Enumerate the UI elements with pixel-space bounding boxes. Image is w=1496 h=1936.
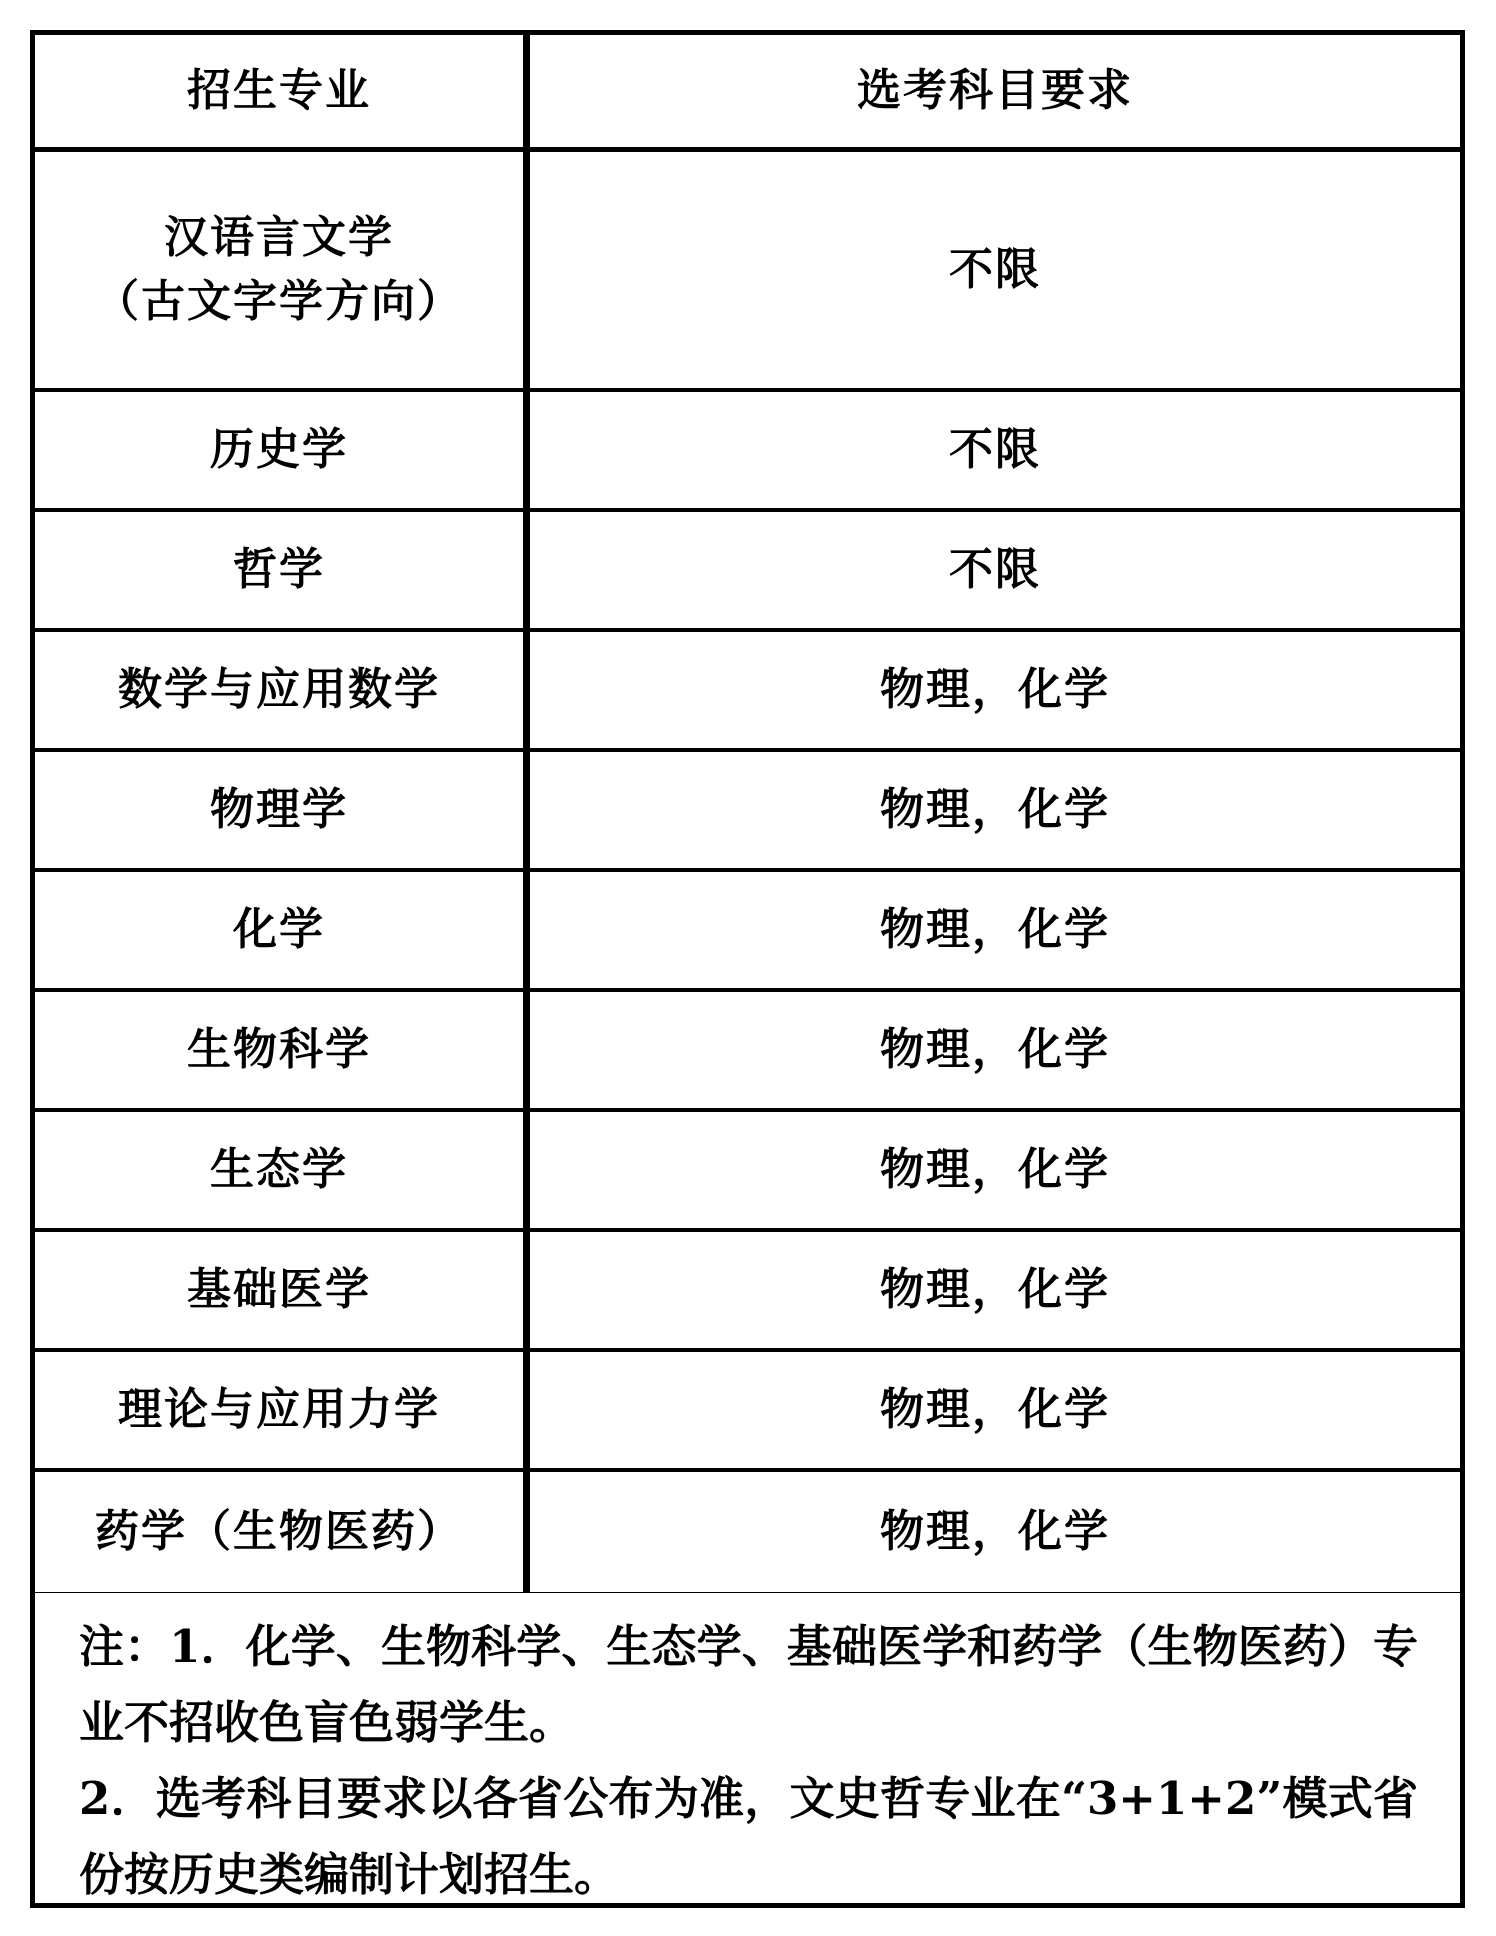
- major-cell: 生物科学: [35, 992, 530, 1108]
- major-name-line1: 汉语言文学: [164, 206, 394, 270]
- requirement-cell: 不限: [530, 392, 1460, 508]
- document-page: 招生专业 选考科目要求 汉语言文学 （古文字学方向） 不限 历史学 不限 哲学 …: [0, 0, 1496, 1936]
- requirement-cell: 物理，化学: [530, 632, 1460, 748]
- major-cell: 基础医学: [35, 1232, 530, 1348]
- table-row-chinese-literature: 汉语言文学 （古文字学方向） 不限: [35, 152, 1460, 392]
- table-row-philosophy: 哲学 不限: [35, 512, 1460, 632]
- major-cell: 物理学: [35, 752, 530, 868]
- requirement-cell: 物理，化学: [530, 1112, 1460, 1228]
- requirement-cell: 物理，化学: [530, 1232, 1460, 1348]
- table-row-mathematics: 数学与应用数学 物理，化学: [35, 632, 1460, 752]
- requirement-cell: 物理，化学: [530, 752, 1460, 868]
- major-cell: 生态学: [35, 1112, 530, 1228]
- table-header-row: 招生专业 选考科目要求: [35, 35, 1460, 152]
- major-cell: 哲学: [35, 512, 530, 628]
- requirement-cell: 物理，化学: [530, 1352, 1460, 1468]
- requirement-cell: 不限: [530, 152, 1460, 388]
- major-cell: 汉语言文学 （古文字学方向）: [35, 152, 530, 388]
- requirement-cell: 物理，化学: [530, 992, 1460, 1108]
- table-row-basic-medicine: 基础医学 物理，化学: [35, 1232, 1460, 1352]
- requirement-cell: 不限: [530, 512, 1460, 628]
- major-cell: 历史学: [35, 392, 530, 508]
- table-row-chemistry: 化学 物理，化学: [35, 872, 1460, 992]
- note-line-1: 注：1．化学、生物科学、生态学、基础医学和药学（生物医药）专业不招收色盲色弱学生…: [79, 1609, 1418, 1761]
- major-cell: 化学: [35, 872, 530, 988]
- table-notes: 注：1．化学、生物科学、生态学、基础医学和药学（生物医药）专业不招收色盲色弱学生…: [35, 1592, 1460, 1913]
- major-cell: 数学与应用数学: [35, 632, 530, 748]
- major-cell: 药学（生物医药）: [35, 1472, 530, 1592]
- major-cell: 理论与应用力学: [35, 1352, 530, 1468]
- major-name-line2: （古文字学方向）: [95, 270, 463, 334]
- header-requirement-column: 选考科目要求: [530, 35, 1460, 147]
- table-row-pharmacy: 药学（生物医药） 物理，化学: [35, 1472, 1460, 1592]
- subject-requirements-table: 招生专业 选考科目要求 汉语言文学 （古文字学方向） 不限 历史学 不限 哲学 …: [30, 30, 1465, 1908]
- table-row-biological-science: 生物科学 物理，化学: [35, 992, 1460, 1112]
- table-row-history: 历史学 不限: [35, 392, 1460, 512]
- requirement-cell: 物理，化学: [530, 872, 1460, 988]
- table-row-physics: 物理学 物理，化学: [35, 752, 1460, 872]
- table-row-mechanics: 理论与应用力学 物理，化学: [35, 1352, 1460, 1472]
- requirement-cell: 物理，化学: [530, 1472, 1460, 1592]
- table-row-ecology: 生态学 物理，化学: [35, 1112, 1460, 1232]
- header-major-column: 招生专业: [35, 35, 530, 147]
- note-line-2: 2．选考科目要求以各省公布为准，文史哲专业在“3+1+2”模式省份按历史类编制计…: [79, 1761, 1418, 1913]
